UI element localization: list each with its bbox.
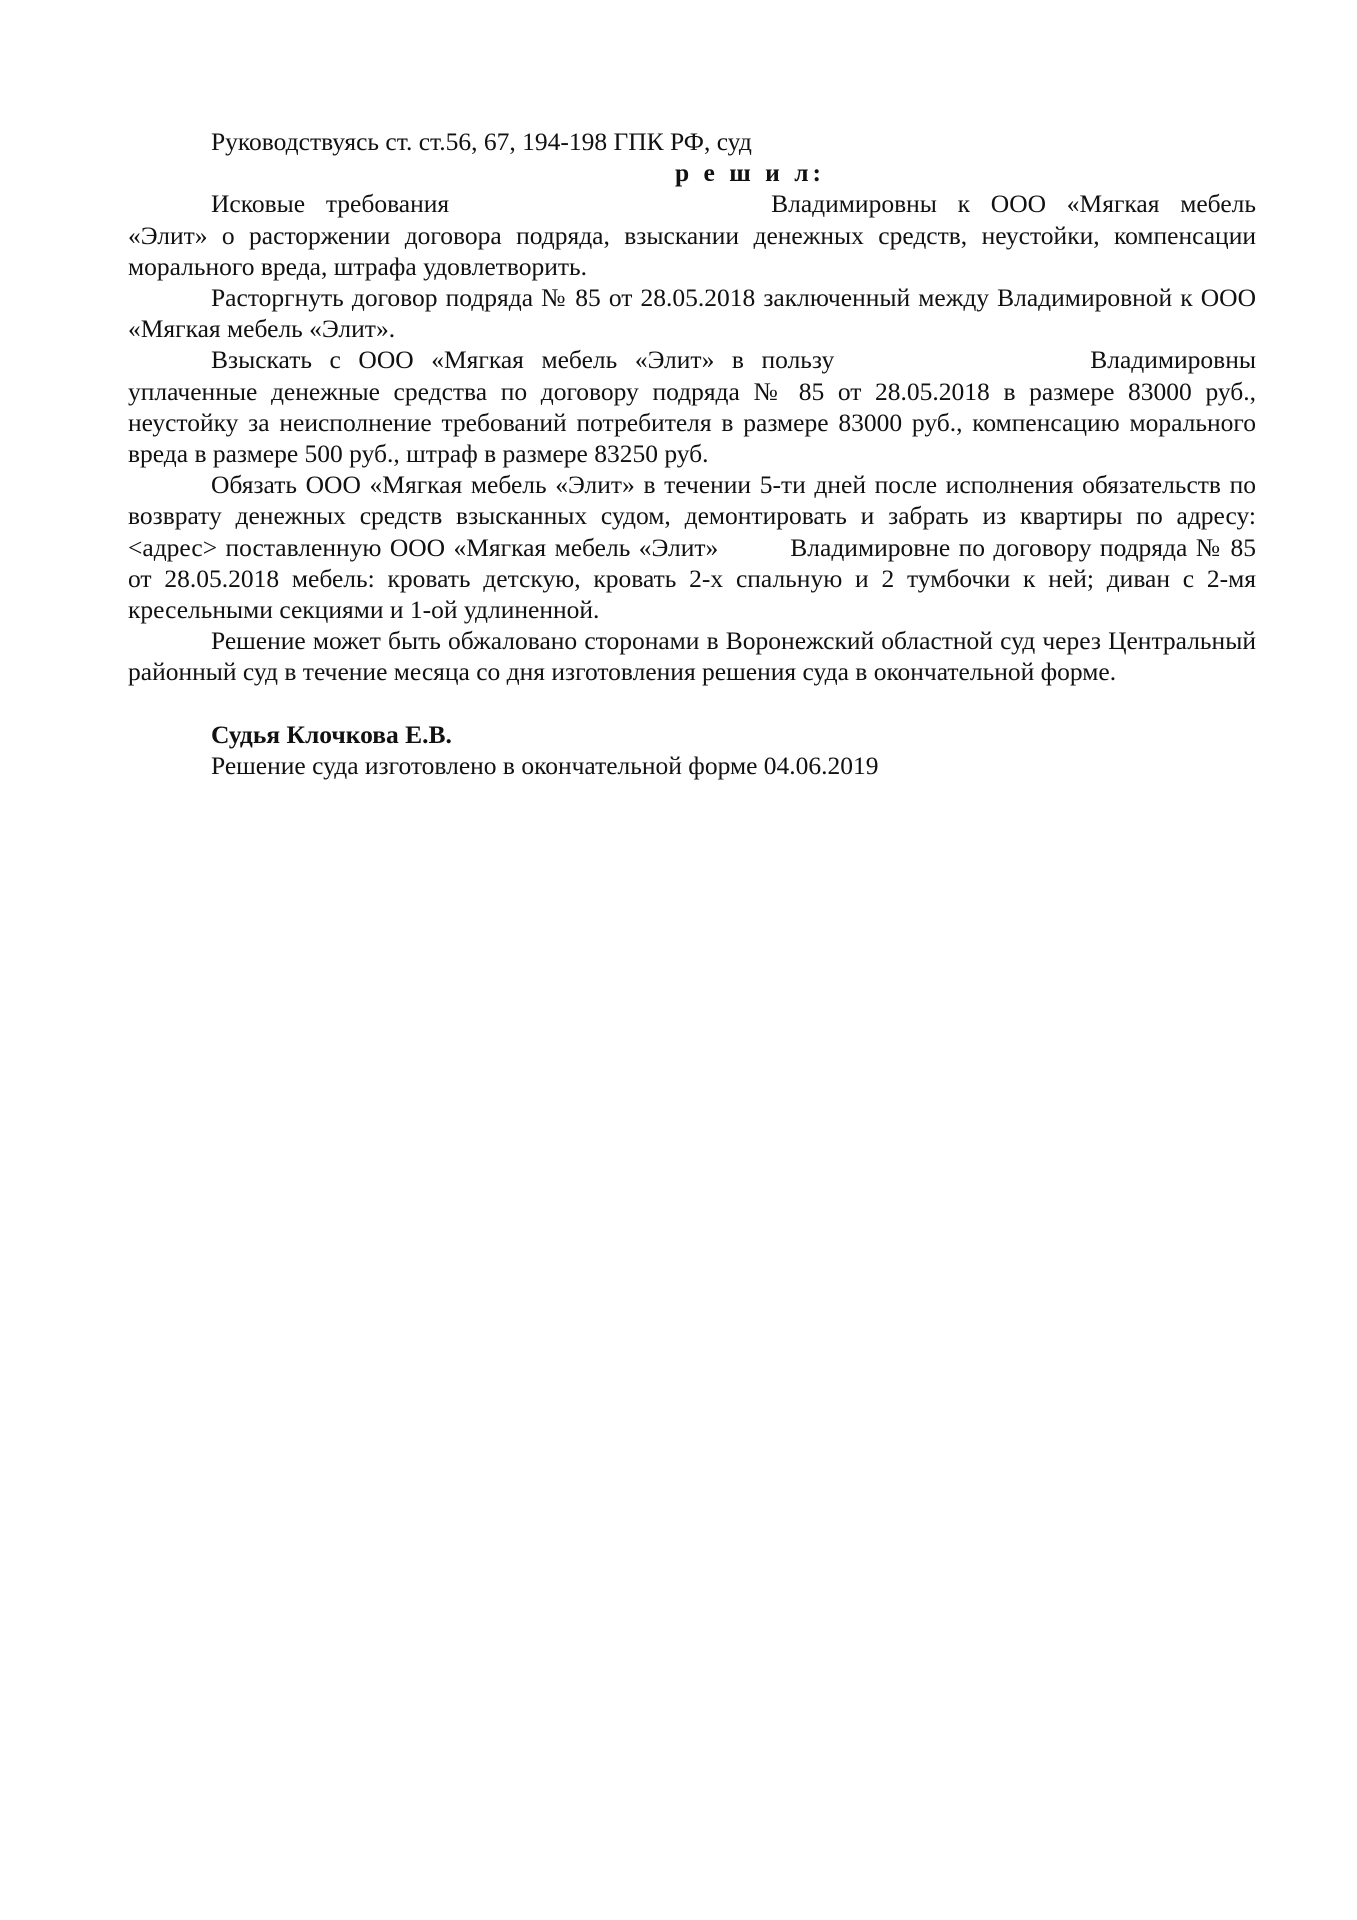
paragraph-terminate-contract: Расторгнуть договор подряда № 85 от 28.0… xyxy=(128,282,1256,344)
paragraph-recover-start: Взыскать с ООО «Мягкая мебель «Элит» в п… xyxy=(211,345,834,374)
preamble: Руководствуясь ст. ст.56, 67, 194-198 ГП… xyxy=(128,126,1256,157)
spacer xyxy=(128,688,1256,719)
paragraph-appeal: Решение может быть обжаловано сторонами … xyxy=(128,625,1256,687)
court-decision-page: Руководствуясь ст. ст.56, 67, 194-198 ГП… xyxy=(128,126,1256,781)
decision-heading: р е ш и л: xyxy=(128,157,1256,188)
paragraph-claims-start: Исковые требования xyxy=(211,189,449,218)
paragraph-claims-satisfied: Исковые требованияВладимировны к ООО «Мя… xyxy=(128,188,1256,282)
paragraph-recover-funds: Взыскать с ООО «Мягкая мебель «Элит» в п… xyxy=(128,344,1256,469)
final-form-date: Решение суда изготовлено в окончательной… xyxy=(128,750,1256,781)
judge-signature: Судья Клочкова Е.В. xyxy=(128,719,1256,750)
paragraph-oblige-dismantle: Обязать ООО «Мягкая мебель «Элит» в тече… xyxy=(128,469,1256,625)
